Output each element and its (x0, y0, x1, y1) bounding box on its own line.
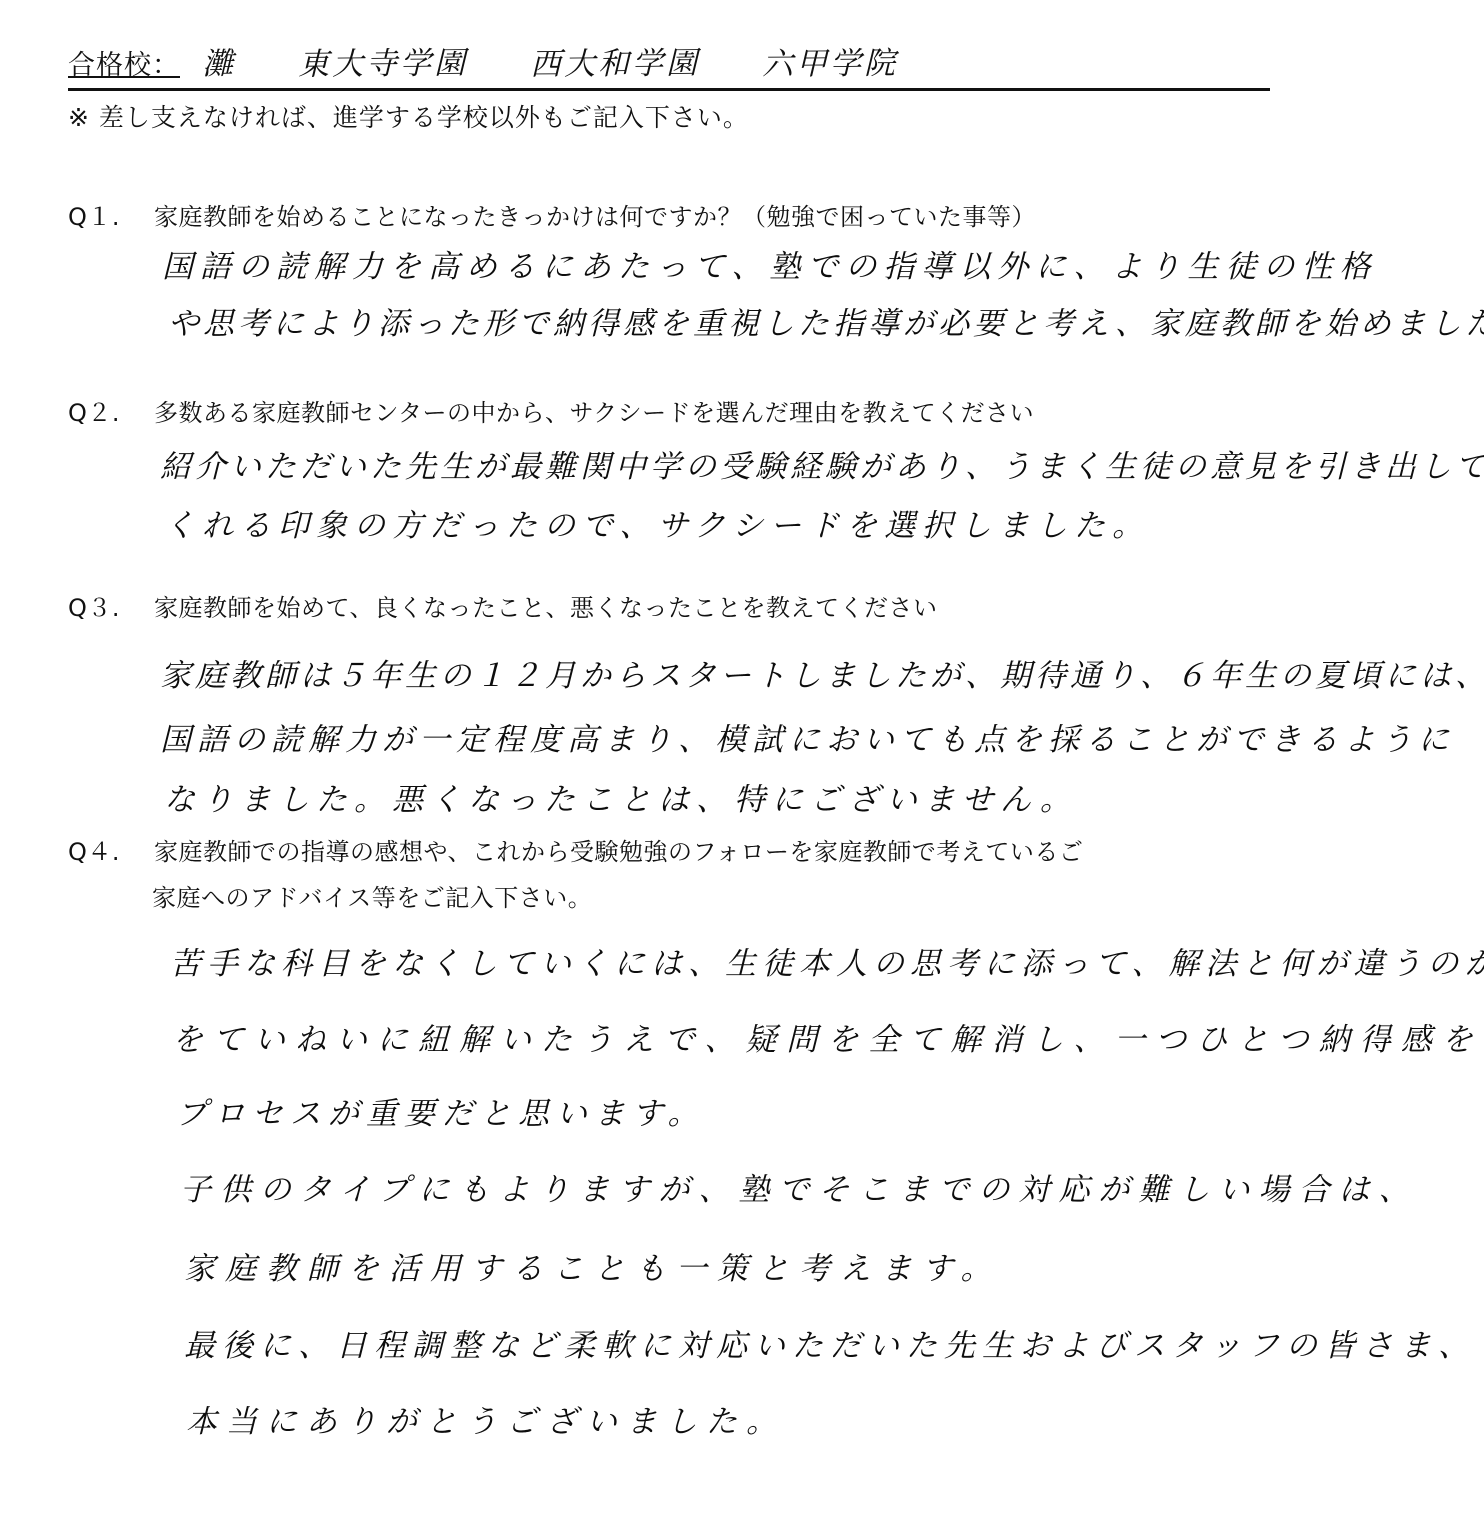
question-text: 家庭教師を始めて、良くなったこと、悪くなったことを教えてください (154, 594, 938, 622)
answer-3-line-3: なりました。悪くなったことは、特にございません。 (164, 776, 1078, 824)
answer-4-line-7: 本当にありがとうございました。 (186, 1398, 786, 1446)
survey-form-page: 合格校： 灘 東大寺学園 西大和学園 六甲学院 ※ 差し支えなければ、進学する学… (0, 0, 1484, 1521)
question-number: Q１. (68, 197, 154, 237)
passed-school: 灘 (202, 42, 236, 88)
passed-schools-row: 合格校： 灘 東大寺学園 西大和学園 六甲学院 (68, 38, 1270, 91)
passed-school: 東大寺学園 (298, 41, 468, 88)
question-number: Q２. (68, 393, 154, 433)
question-3: Q３.家庭教師を始めて、良くなったこと、悪くなったことを教えてください (68, 588, 938, 628)
answer-3-line-2: 国語の読解力が一定程度高まり、模試においても点を採ることができるように (160, 716, 1455, 764)
answer-2-line-2: くれる印象の方だったので、サクシードを選択しました。 (164, 502, 1150, 550)
answer-1-line-2: や思考により添った形で納得感を重視した指導が必要と考え、家庭教師を始めました。 (168, 300, 1484, 348)
question-4-continuation: 家庭へのアドバイス等をご記入下さい。 (152, 878, 592, 918)
question-4: Q４.家庭教師での指導の感想や、これから受験勉強のフォローを家庭教師で考えている… (68, 832, 1083, 872)
answer-4-line-1: 苦手な科目をなくしていくには、生徒本人の思考に添って、解法と何が違うのか (170, 940, 1484, 988)
passed-schools-label: 合格校： (68, 46, 180, 88)
answer-4-line-6: 最後に、日程調整など柔軟に対応いただいた先生およびスタッフの皆さま、 (184, 1322, 1476, 1370)
answer-4-line-4: 子供のタイプにもよりますが、塾でそこまでの対応が難しい場合は、 (180, 1166, 1418, 1214)
answer-1-line-1: 国語の読解力を高めるにあたって、塾での指導以外に、より生徒の性格 (162, 243, 1377, 291)
answer-3-line-1: 家庭教師は５年生の１２月からスタートしましたが、期待通り、６年生の夏頃には、 (160, 652, 1484, 700)
answer-4-line-2: をていねいに紐解いたうえで、疑問を全て解消し、一つひとつ納得感を得る (172, 1016, 1484, 1064)
question-2: Q２.多数ある家庭教師センターの中から、サクシードを選んだ理由を教えてください (68, 393, 1034, 433)
question-1: Q１.家庭教師を始めることになったきっかけは何ですか？（勉強で困っていた事等） (68, 197, 1036, 237)
question-text: 家庭教師での指導の感想や、これから受験勉強のフォローを家庭教師で考えているご (154, 838, 1083, 866)
question-number: Q３. (68, 588, 154, 628)
answer-4-line-5: 家庭教師を活用することも一策と考えます。 (184, 1245, 1002, 1293)
answer-4-line-3: プロセスが重要だと思います。 (176, 1090, 706, 1138)
question-text: 多数ある家庭教師センターの中から、サクシードを選んだ理由を教えてください (154, 399, 1034, 427)
question-number: Q４. (68, 832, 154, 872)
passed-school: 西大和学園 (530, 41, 700, 88)
answer-2-line-1: 紹介いただいた先生が最難関中学の受験経験があり、うまく生徒の意見を引き出して (160, 443, 1484, 491)
instruction-note: ※ 差し支えなければ、進学する学校以外もご記入下さい。 (68, 98, 749, 138)
passed-school: 六甲学院 (762, 41, 898, 88)
question-text: 家庭教師を始めることになったきっかけは何ですか？（勉強で困っていた事等） (154, 203, 1036, 231)
